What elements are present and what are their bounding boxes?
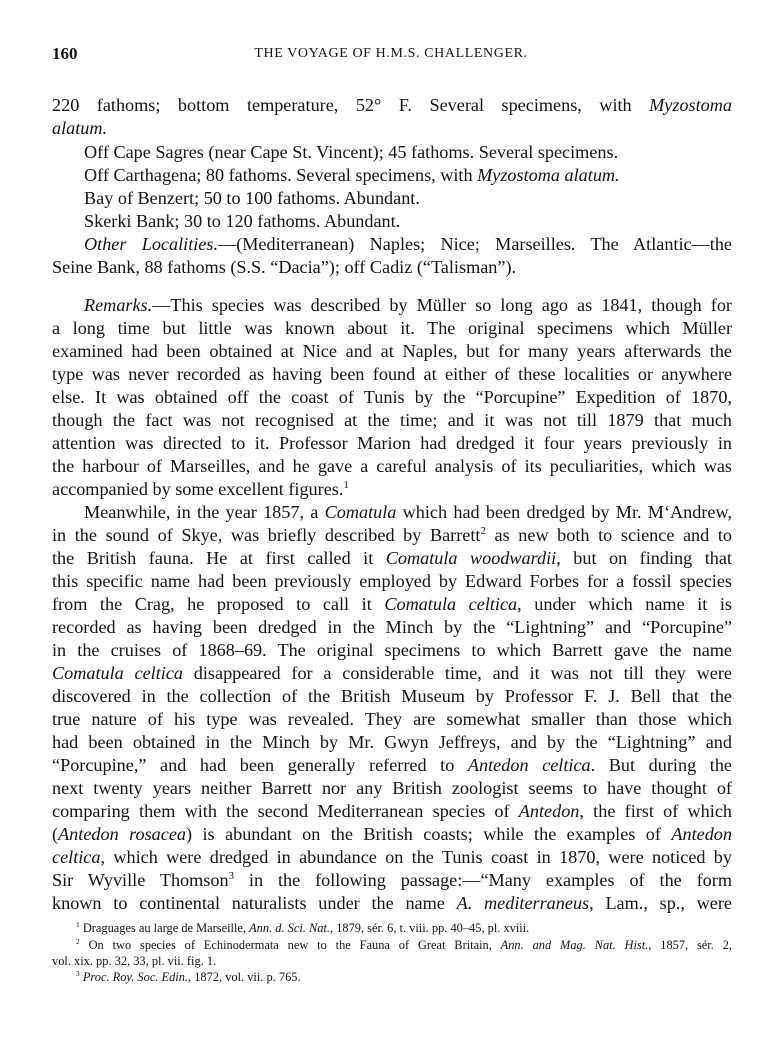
- body-line: true nature of his type was revealed. Th…: [52, 708, 732, 730]
- page-header: 160 THE VOYAGE OF H.M.S. CHALLENGER.: [52, 44, 730, 68]
- locality-line: Off Carthagena; 80 fathoms. Several spec…: [84, 164, 732, 186]
- locality-line: Skerki Bank; 30 to 120 fathoms. Abundant…: [84, 210, 732, 232]
- body-line: Meanwhile, in the year 1857, a Comatula …: [84, 501, 732, 523]
- text-line: Seine Bank, 88 fathoms (S.S. “Dacia”); o…: [52, 256, 732, 278]
- body-line: recorded as having been dredged in the M…: [52, 616, 732, 638]
- body-line: Sir Wyville Thomson3 in the following pa…: [52, 869, 732, 891]
- remarks-line: examined had been obtained at Nice and a…: [52, 340, 732, 362]
- body-line: Comatula celtica disappeared for a consi…: [52, 662, 732, 684]
- remarks-line: Remarks.—This species was described by M…: [84, 294, 732, 316]
- body-line: from the Crag, he proposed to call it Co…: [52, 593, 732, 615]
- body-line: next twenty years neither Barrett nor an…: [52, 777, 732, 799]
- body-line: comparing them with the second Mediterra…: [52, 800, 732, 822]
- body-line: this specific name had been previously e…: [52, 570, 732, 592]
- body-line: (Antedon rosacea) is abundant on the Bri…: [52, 823, 732, 845]
- locality-line: Bay of Benzert; 50 to 100 fathoms. Abund…: [84, 187, 732, 209]
- body-line: discovered in the collection of the Brit…: [52, 685, 732, 707]
- running-title: THE VOYAGE OF H.M.S. CHALLENGER.: [52, 46, 730, 62]
- remarks-line: accompanied by some excellent figures.1: [52, 478, 732, 500]
- body-line: the British fauna. He at first called it…: [52, 547, 732, 569]
- book-page: 160 THE VOYAGE OF H.M.S. CHALLENGER. 220…: [0, 0, 776, 1050]
- remarks-line: though the fact was not recognised at th…: [52, 409, 732, 431]
- text-line: 220 fathoms; bottom temperature, 52° F. …: [52, 94, 732, 116]
- body-line: known to continental naturalists under t…: [52, 892, 732, 914]
- other-localities-line: Other Localities.—(Mediterranean) Naples…: [84, 233, 732, 255]
- text-line: alatum.: [52, 117, 732, 139]
- locality-line: Off Cape Sagres (near Cape St. Vincent);…: [84, 141, 732, 163]
- footnote-2: 2 On two species of Echinodermata new to…: [76, 937, 732, 953]
- body-line: had been obtained in the Minch by Mr. Gw…: [52, 731, 732, 753]
- footnote-1: 1 Draguages au large de Marseille, Ann. …: [76, 920, 732, 936]
- footnote-2-continued: vol. xix. pp. 32, 33, pl. vii. fig. 1.: [52, 953, 732, 969]
- body-line: “Porcupine,” and had been generally refe…: [52, 754, 732, 776]
- body-line: in the cruises of 1868–69. The original …: [52, 639, 732, 661]
- remarks-line: the harbour of Marseilles, and he gave a…: [52, 455, 732, 477]
- remarks-line: a long time but little was known about i…: [52, 317, 732, 339]
- body-line: celtica, which were dredged in abundance…: [52, 846, 732, 868]
- remarks-line: attention was directed to it. Professor …: [52, 432, 732, 454]
- remarks-line: type was never recorded as having been f…: [52, 363, 732, 385]
- footnote-3: 3 Proc. Roy. Soc. Edin., 1872, vol. vii.…: [76, 969, 732, 985]
- body-line: in the sound of Skye, was briefly descri…: [52, 524, 732, 546]
- footnote-ref: 1: [343, 479, 348, 491]
- remarks-line: else. It was obtained off the coast of T…: [52, 386, 732, 408]
